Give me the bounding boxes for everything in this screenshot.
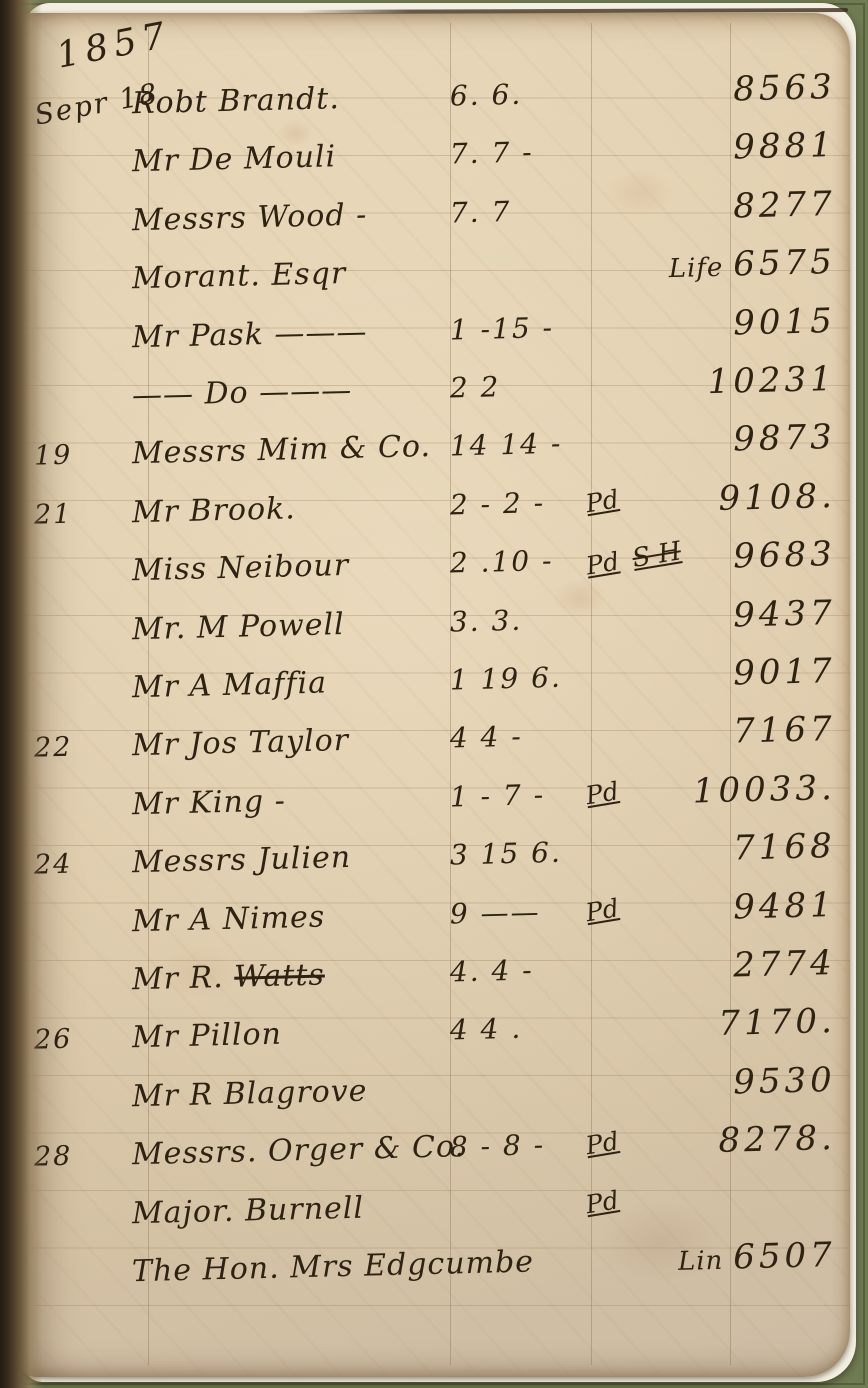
amount-cell: 14 14 - xyxy=(449,413,563,478)
name-cell: Mr R Blagrove xyxy=(131,1060,368,1128)
amount-cell: 8 - 8 - xyxy=(449,1114,546,1178)
reference-cell: 10033. xyxy=(609,757,836,825)
reference-cell: 8278. xyxy=(609,1107,836,1175)
amount-cell: 1 -15 - xyxy=(449,297,555,362)
reference-prefix: Lin xyxy=(678,1246,724,1277)
amount-cell: 7. 7 xyxy=(449,181,512,244)
reference-cell: 8277 xyxy=(609,173,836,241)
paid-mark-cell: Pd xyxy=(581,1169,624,1236)
amount-cell: 4 4 - xyxy=(449,706,523,770)
reference-cell: 9530 xyxy=(609,1049,836,1117)
reference-cell: 7170. xyxy=(609,990,836,1058)
name-cell: Mr A Nimes xyxy=(131,886,326,953)
reference-cell: 7167 xyxy=(609,698,836,766)
amount-cell: 3 15 6. xyxy=(449,822,562,887)
name-cell: Mr Jos Taylor xyxy=(131,710,350,777)
amount-cell: 2 - 2 - xyxy=(449,472,546,536)
reference-cell: 2774 xyxy=(609,932,836,1000)
name-cell: Robt Brandt. xyxy=(131,68,340,135)
name-cell: Major. Burnell xyxy=(131,1177,365,1245)
amount-cell: 2 .10 - xyxy=(449,530,554,595)
amount-cell: 6. 6. xyxy=(449,64,523,128)
name-cell: Mr King - xyxy=(131,770,286,836)
amount-cell: 4 4 . xyxy=(449,998,523,1062)
name-cell: —— Do ——— xyxy=(131,360,353,427)
reference-cell: 9017 xyxy=(609,640,836,708)
struck-name-part: Watts xyxy=(234,958,325,995)
name-cell: Mr. M Powell xyxy=(131,594,345,661)
amount-cell: 1 19 6. xyxy=(449,647,562,712)
reference-prefix: Life xyxy=(668,253,723,284)
amount-cell: 4. 4 - xyxy=(449,939,534,1003)
name-cell: Morant. Esqr xyxy=(131,243,347,310)
name-cell: Miss Neibour xyxy=(131,535,350,602)
reference-cell: 9015 xyxy=(609,290,836,358)
amount-cell: 7. 7 - xyxy=(449,122,534,186)
amount-cell: 2 2 xyxy=(449,356,501,419)
name-cell: Messrs Wood - xyxy=(131,184,368,252)
reference-cell: 7168 xyxy=(609,815,836,883)
name-cell: Mr Brook. xyxy=(131,478,296,544)
amount-cell: 1 - 7 - xyxy=(449,764,546,828)
reference-cell: 9437 xyxy=(609,582,836,650)
reference-cell: 10231 xyxy=(609,348,836,416)
ledger-page: 1857 Sepr 18 Robt Brandt. 6. 6. 8563 Mr … xyxy=(20,13,850,1377)
reference-cell: 9873 xyxy=(609,406,836,474)
year-heading: 1857 xyxy=(53,14,174,76)
name-cell: Mr Pask ——— xyxy=(131,301,368,369)
name-cell: Mr Pillon xyxy=(131,1004,282,1070)
reference-cell: 9108. xyxy=(609,465,836,533)
name-cell: Mr R. Watts xyxy=(131,945,325,1012)
amount-cell: 3. 3. xyxy=(449,589,523,653)
reference-cell: 9481 xyxy=(609,874,836,942)
name-cell: Mr A Maffia xyxy=(131,652,328,719)
amount-cell: 9 —— xyxy=(449,881,541,945)
reference-cell: 9881 xyxy=(609,114,836,182)
name-cell: Mr De Mouli xyxy=(131,127,337,194)
name-cell: Messrs Julien xyxy=(131,827,352,894)
ledger-photograph: 1857 Sepr 18 Robt Brandt. 6. 6. 8563 Mr … xyxy=(0,0,868,1388)
name-cell: The Hon. Mrs Edgcumbe xyxy=(131,1231,534,1303)
reference-cell: 9683 xyxy=(609,523,836,591)
reference-cell: 8563 xyxy=(609,56,836,124)
reference-cell: Lin6507 xyxy=(609,1224,837,1295)
